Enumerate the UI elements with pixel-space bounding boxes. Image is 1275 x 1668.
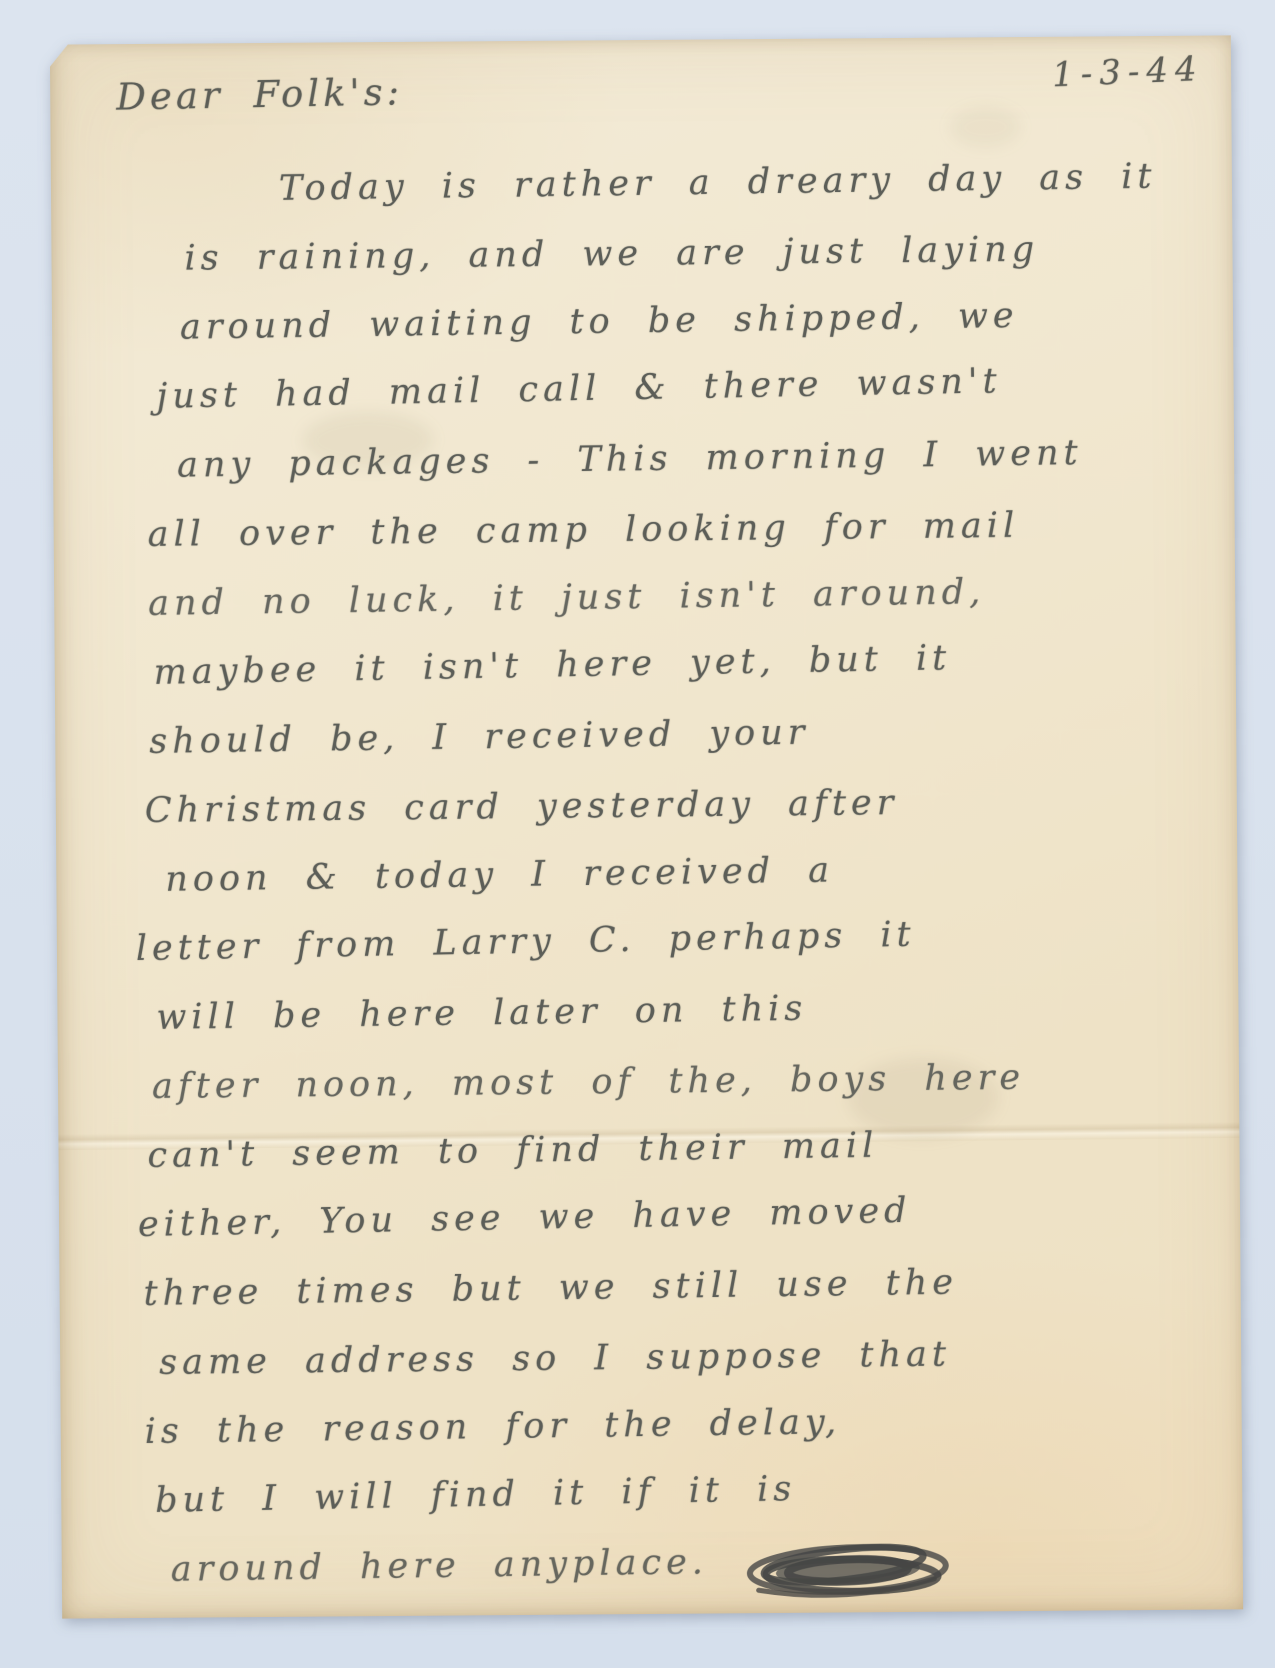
salutation: Dear Folk's: [116,70,404,118]
letter-line: Today is rather a dreary day as it [279,156,1213,238]
letter-line: any packages - This morning I went [177,431,1215,514]
letter-line: should be, I received your [149,707,1217,791]
letter-line: around here anyplace. [170,1535,1223,1619]
letter-line: will be here later on this [156,983,1219,1067]
scan-background: Dear Folk's: 1-3-44 Today is rather a dr… [0,0,1275,1668]
letter-line: three times but we still use the [143,1259,1221,1343]
pencil-scribble-blot [736,1530,959,1609]
letter-page: Dear Folk's: 1-3-44 Today is rather a dr… [50,35,1243,1618]
paper-stain [950,107,1020,148]
letter-page-wrap: Dear Folk's: 1-3-44 Today is rather a dr… [50,35,1243,1618]
letter-date: 1-3-44 [1051,49,1204,95]
letter-body: Today is rather a dreary day as itis rai… [51,162,1223,1620]
